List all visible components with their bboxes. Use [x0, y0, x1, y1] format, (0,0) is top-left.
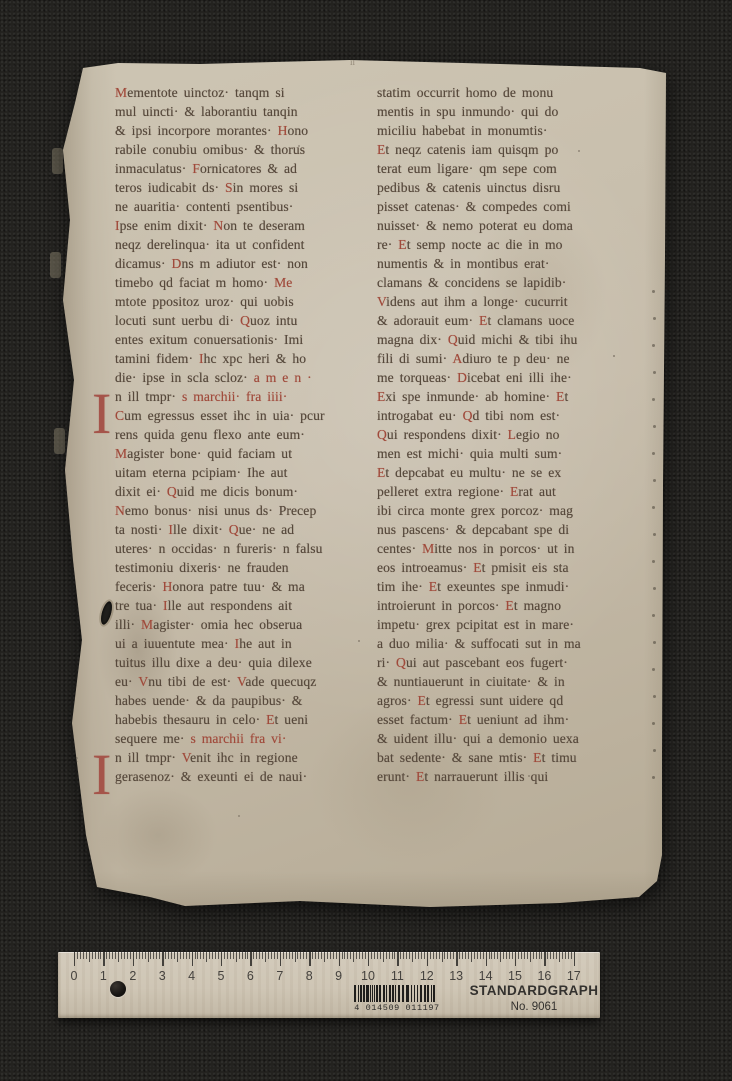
body-text: feceris·	[115, 579, 162, 594]
ruler-tick	[412, 952, 413, 962]
body-text: idens aut ihm a longe· cucurrit	[386, 294, 568, 309]
rubric-text: E	[429, 579, 437, 594]
ruler-cm-label: 14	[479, 969, 493, 983]
manuscript-line: impetu· grex pcipitat est in mare·	[377, 615, 653, 634]
body-text: hc xpc heri & ho	[204, 351, 307, 366]
ruler-tick	[406, 952, 407, 959]
pricking-hole	[652, 398, 655, 401]
rubric-text: M	[422, 541, 434, 556]
body-text: xi spe inmunde· ab homine·	[385, 389, 556, 404]
ruler-cm-label: 1	[100, 969, 107, 983]
body-text: habebis thesauru in celo·	[115, 712, 266, 727]
manuscript-line: pisset catenas· & compedes comi	[377, 197, 653, 216]
ruler-tick	[121, 952, 122, 959]
pricking-hole	[653, 695, 656, 698]
barcode-bar	[398, 985, 400, 1002]
rubric-text: E	[505, 598, 513, 613]
body-text: pedibus & catenis uinctus disru	[377, 180, 560, 195]
rubric-text: V	[182, 750, 190, 765]
ruler-cm-label: 12	[420, 969, 434, 983]
ruler-tick	[474, 952, 475, 959]
manuscript-line: Magister bone· quid faciam ut	[115, 444, 377, 463]
body-text: mentis in spu inmundo· qui do	[377, 104, 558, 119]
ruler-tick	[236, 952, 237, 962]
barcode-bar	[433, 985, 435, 1002]
barcode-bar	[358, 985, 359, 1002]
ruler-tick	[444, 952, 445, 959]
ruler-cm-label: 5	[218, 969, 225, 983]
body-text: men est michi· quia multi sum·	[377, 446, 562, 461]
ruler-tick	[571, 952, 572, 959]
quire-mark: ıı	[350, 57, 355, 67]
body-text: fili di sumi·	[377, 351, 452, 366]
body-text: d tibi nom est·	[473, 408, 561, 423]
barcode-bar	[366, 985, 369, 1002]
ruler-tick	[353, 952, 354, 962]
manuscript-line: & ipsi incorpore morantes· Hono	[115, 121, 377, 140]
manuscript-line: habes uende· & da paupibus· &	[115, 691, 377, 710]
manuscript-line: dixit ei· Quid me dicis bonum·	[115, 482, 377, 501]
ruler-tick	[415, 952, 416, 959]
ruler-tick	[103, 952, 104, 966]
body-text: miciliu habebat in monumtis·	[377, 123, 547, 138]
manuscript-line: tim ihe· Et exeuntes spe inmudi·	[377, 577, 653, 596]
body-text: ui aut pascebant eos fugert·	[406, 655, 568, 670]
ruler-tick	[100, 952, 101, 959]
manuscript-line: entes exitum conuersationis· Imi	[115, 330, 377, 349]
ruler-tick	[156, 952, 157, 959]
ruler-tick	[465, 952, 466, 959]
barcode-digits: 4 014509 011197	[350, 1003, 444, 1013]
ruler-cm-label: 13	[449, 969, 463, 983]
manuscript-line: Cum egressus esset ihc in uia· pcur	[115, 406, 377, 425]
pricking-hole	[652, 614, 655, 617]
ruler-tick	[318, 952, 319, 959]
rubric-text: Q	[463, 408, 473, 423]
barcode-bar	[414, 985, 415, 1002]
manuscript-line: centes· Mitte nos in porcos· ut in	[377, 539, 653, 558]
body-text: ui a iuuentute mea·	[115, 636, 235, 651]
body-text: numentis & in montibus erat·	[377, 256, 550, 271]
pricking-hole	[652, 668, 655, 671]
body-text: tamini fidem·	[115, 351, 199, 366]
ruler-tick	[295, 952, 296, 962]
manuscript-line: fili di sumi· Adiuro te p deu· ne	[377, 349, 653, 368]
ruler-tick	[200, 952, 201, 959]
ruler-tick	[112, 952, 113, 959]
ruler-tick	[215, 952, 216, 959]
body-text: uoz intu	[250, 313, 297, 328]
rubric-text: S	[225, 180, 233, 195]
ruler-tick	[359, 952, 360, 959]
rubric-text: M	[115, 446, 127, 461]
ruler-tick	[339, 952, 340, 966]
ruler-tick	[374, 952, 375, 959]
ruler-tick	[177, 952, 178, 962]
ruler-tick	[153, 952, 154, 959]
manuscript-line: nus pascens· & depcabant spe di	[377, 520, 653, 539]
ruler-tick	[500, 952, 501, 962]
ruler-tick	[524, 952, 525, 959]
manuscript-page: ıı Mementote uinctoz· tanqm simul uincti…	[58, 55, 670, 911]
rubric-text: N	[213, 218, 223, 233]
ruler-tick	[203, 952, 204, 959]
body-text: & ipsi incorpore morantes·	[115, 123, 278, 138]
ruler-tick	[556, 952, 557, 959]
body-text: statim occurrit homo de monu	[377, 85, 553, 100]
ruler-tick	[268, 952, 269, 959]
ruler-tick	[253, 952, 254, 959]
ruler-tick	[221, 952, 222, 966]
rubric-text: a m e n ·	[254, 370, 312, 385]
ruler-tick	[350, 952, 351, 959]
manuscript-line: inmaculatus· Fornicatores & ad	[115, 159, 377, 178]
manuscript-line: & adorauit eum· Et clamans uoce	[377, 311, 653, 330]
ruler-tick	[256, 952, 257, 959]
ruler-cm-label: 10	[361, 969, 375, 983]
ruler-tick	[568, 952, 569, 959]
barcode-bar	[420, 985, 422, 1002]
ruler-tick	[292, 952, 293, 959]
ruler-tick	[362, 952, 363, 959]
body-text: ibi circa monte grex porcoz· mag	[377, 503, 573, 518]
ruler-tick	[148, 952, 149, 962]
ruler-cm-label: 2	[129, 969, 136, 983]
manuscript-line: & nuntiauerunt in ciuitate· & in	[377, 672, 653, 691]
body-text: ono	[287, 123, 308, 138]
ruler-tick	[356, 952, 357, 959]
parchment-hole	[99, 600, 114, 626]
ruler-tick	[394, 952, 395, 959]
rubric-text: E	[398, 237, 406, 252]
ruler-tick	[430, 952, 431, 959]
ruler-tick	[227, 952, 228, 959]
body-text: rabile conubiu omibus· & thorus	[115, 142, 305, 157]
body-text: agros·	[377, 693, 417, 708]
manuscript-line: eu· Vnu tibi de est· Vade quecuqz	[115, 672, 377, 691]
manuscript-line: uteres· n occidas· n fureris· n falsu	[115, 539, 377, 558]
ruler-tick	[386, 952, 387, 959]
ruler-tick	[274, 952, 275, 959]
ruler-tick	[115, 952, 116, 959]
body-text: uid me dicis bonum·	[177, 484, 298, 499]
manuscript-line: n ill tmpr· Venit ihc in regione	[115, 748, 377, 767]
body-text: nus pascens· & depcabant spe di	[377, 522, 569, 537]
ruler-tick	[133, 952, 134, 966]
body-text: ornicatores & ad	[200, 161, 297, 176]
barcode-bar	[427, 985, 429, 1002]
manuscript-line: pelleret extra regione· Erat aut	[377, 482, 653, 501]
ruler-tick	[471, 952, 472, 962]
drop-cap-initial: I	[92, 748, 110, 801]
ruler-tick	[409, 952, 410, 959]
ruler-cm-label: 11	[391, 969, 404, 983]
body-text: locuti sunt uerbu di·	[115, 313, 240, 328]
ruler-tick	[368, 952, 369, 966]
body-text: & adorauit eum·	[377, 313, 479, 328]
ruler-cm-label: 17	[567, 969, 581, 983]
body-text: itte nos in porcos· ut in	[434, 541, 574, 556]
manuscript-line: Et depcabat eu multu· ne se ex	[377, 463, 653, 482]
body-text: nu tibi de est·	[148, 674, 237, 689]
marginal-gloss: myrc	[58, 754, 79, 764]
manuscript-line: numentis & in montibus erat·	[377, 254, 653, 273]
pricking-hole	[653, 425, 656, 428]
ruler-tick	[289, 952, 290, 959]
body-text: lle dixit·	[173, 522, 229, 537]
body-text: die· ipse in scla scloz·	[115, 370, 254, 385]
ruler-tick	[312, 952, 313, 959]
rubric-text: E	[266, 712, 274, 727]
rubric-text: E	[473, 560, 481, 575]
ruler-tick	[106, 952, 107, 959]
body-text: ta nosti·	[115, 522, 168, 537]
body-text: t timu	[542, 750, 577, 765]
body-text: timebo qd faciat m homo·	[115, 275, 274, 290]
ruler-tick	[306, 952, 307, 959]
body-text: pisset catenas· & compedes comi	[377, 199, 571, 214]
ruler-brand-label: STANDARDGRAPH	[450, 983, 618, 998]
body-text: ade quecuqz	[245, 674, 316, 689]
body-text: agister· omia hec obserua	[153, 617, 302, 632]
body-text: clamans & concidens se lapidib·	[377, 275, 566, 290]
body-text: t depcabat eu multu· ne se ex	[385, 465, 561, 480]
ruler-tick	[192, 952, 193, 966]
manuscript-line: miciliu habebat in monumtis·	[377, 121, 653, 140]
body-text: tre tua·	[115, 598, 163, 613]
body-text: esset factum·	[377, 712, 459, 727]
ruler-tick	[421, 952, 422, 959]
barcode-bar	[406, 985, 409, 1002]
body-text: inmaculatus·	[115, 161, 192, 176]
body-text: rens quida genu flexo ante eum·	[115, 427, 305, 442]
ruler-tick	[380, 952, 381, 959]
ruler-tick	[330, 952, 331, 959]
barcode-bar	[383, 985, 385, 1002]
body-text: mul uincti· & laborantiu tanqin	[115, 104, 298, 119]
body-text: t clamans uoce	[487, 313, 574, 328]
barcode-bar	[374, 985, 375, 1002]
ruler-tick	[262, 952, 263, 959]
ruler-tick	[189, 952, 190, 959]
barcode-bar	[354, 985, 356, 1002]
rubric-text: M	[115, 85, 127, 100]
ruler-tick	[174, 952, 175, 959]
ruler-tick	[462, 952, 463, 959]
rubric-text: D	[172, 256, 182, 271]
ruler-hole	[110, 981, 126, 997]
manuscript-line: timebo qd faciat m homo· Me	[115, 273, 377, 292]
ruler-tick	[230, 952, 231, 959]
ruler-tick	[544, 952, 545, 966]
body-text: bat sedente· & sane mtis·	[377, 750, 533, 765]
ruler-tick	[403, 952, 404, 959]
rubric-text: H	[162, 579, 172, 594]
rubric-text: E	[417, 693, 425, 708]
ruler-tick	[521, 952, 522, 959]
ruler-tick	[459, 952, 460, 959]
body-text: nuisset· & nemo poterat eu doma	[377, 218, 573, 233]
body-text: pse enim dixit·	[120, 218, 214, 233]
rubric-text: Q	[448, 332, 458, 347]
ruler-tick	[433, 952, 434, 959]
barcode-bar	[411, 985, 412, 1002]
ruler-tick	[271, 952, 272, 959]
body-text: enit ihc in regione	[190, 750, 298, 765]
ruler-tick	[150, 952, 151, 959]
ruler-tick	[145, 952, 146, 959]
ruler-tick	[95, 952, 96, 959]
rubric-text: C	[115, 408, 124, 423]
ruler-tick	[486, 952, 487, 966]
text-column-right: statim occurrit homo de monumentis in sp…	[377, 83, 653, 786]
manuscript-line: Exi spe inmunde· ab homine· Et	[377, 387, 653, 406]
ruler-tick	[92, 952, 93, 959]
ruler-tick	[280, 952, 281, 966]
body-text: gerasenoz· & exeunti ei de naui·	[115, 769, 307, 784]
manuscript-line: introierunt in porcos· Et magno	[377, 596, 653, 615]
body-text: n ill tmpr·	[115, 750, 182, 765]
manuscript-line: Mementote uinctoz· tanqm si	[115, 83, 377, 102]
ruler-tick	[250, 952, 251, 966]
manuscript-line: n ill tmpr· s marchii· fra iiii·	[115, 387, 377, 406]
rubric-text: Q	[240, 313, 250, 328]
ruler-tick	[315, 952, 316, 959]
ruler-tick	[139, 952, 140, 959]
ruler-tick	[439, 952, 440, 959]
ruler-cm-label: 16	[537, 969, 551, 983]
barcode-bar	[402, 985, 404, 1002]
manuscript-line: tre tua· Ille aut respondens ait	[115, 596, 377, 615]
rubric-text: V	[138, 674, 148, 689]
ruler-tick	[533, 952, 534, 959]
ruler-tick	[347, 952, 348, 959]
ruler-cm-label: 9	[335, 969, 342, 983]
barcode-bar	[424, 985, 426, 1002]
body-text: pelleret extra regione·	[377, 484, 510, 499]
barcode-bar	[417, 985, 418, 1002]
ruler-tick	[442, 952, 443, 962]
rubric-text: Q	[229, 522, 239, 537]
barcode-bar	[395, 985, 396, 1002]
ruler-tick	[124, 952, 125, 959]
body-text: habes uende· & da paupibus· &	[115, 693, 302, 708]
ruler-tick	[233, 952, 234, 959]
body-text: t magno	[514, 598, 561, 613]
pricking-hole	[652, 344, 655, 347]
ruler-tick	[371, 952, 372, 959]
ruler-tick	[468, 952, 469, 959]
ruler-cm-label: 7	[276, 969, 283, 983]
manuscript-line: tamini fidem· Ihc xpc heri & ho	[115, 349, 377, 368]
ruler-cm-label: 4	[188, 969, 195, 983]
pricking-hole	[653, 641, 656, 644]
ruler-tick	[183, 952, 184, 959]
ruler-tick	[277, 952, 278, 959]
body-text: neqz derelinqua· ita ut confident	[115, 237, 305, 252]
manuscript-line: a duo milia· & suffocati sut in ma	[377, 634, 653, 653]
manuscript-line: bat sedente· & sane mtis· Et timu	[377, 748, 653, 767]
body-text: introierunt in porcos·	[377, 598, 505, 613]
rubric-text: Q	[396, 655, 406, 670]
ruler-tick	[218, 952, 219, 959]
ruler-tick	[489, 952, 490, 959]
body-text: rat aut	[518, 484, 555, 499]
ruler-tick	[574, 952, 575, 966]
rubric-text: E	[533, 750, 541, 765]
rubric-text: Me	[274, 275, 292, 290]
photo-stage: ıı Mementote uinctoz· tanqm simul uincti…	[0, 0, 732, 1081]
manuscript-line: neqz derelinqua· ita ut confident	[115, 235, 377, 254]
body-text: me torqueas·	[377, 370, 457, 385]
body-text: dixit ei·	[115, 484, 167, 499]
body-text: agister bone· quid faciam ut	[127, 446, 292, 461]
rubric-text: Q	[167, 484, 177, 499]
body-text: eos introeamus·	[377, 560, 473, 575]
ink-specks	[58, 55, 60, 57]
ruler-tick	[86, 952, 87, 959]
body-text: entes exitum conuersationis· Imi	[115, 332, 303, 347]
body-text: terat eum ligare· qm sepe com	[377, 161, 557, 176]
body-text: centes·	[377, 541, 422, 556]
manuscript-line: ne auaritia· contenti psentibus·	[115, 197, 377, 216]
ruler-tick	[297, 952, 298, 959]
manuscript-line: habebis thesauru in celo· Et ueni	[115, 710, 377, 729]
ruler-tick	[89, 952, 90, 962]
ruler-tick	[547, 952, 548, 959]
ruler-tick	[456, 952, 457, 966]
ruler-tick	[344, 952, 345, 959]
ruler-tick	[559, 952, 560, 962]
body-text: tuitus illu dixe a deu· quia dilexe	[115, 655, 312, 670]
ruler-tick	[494, 952, 495, 959]
ruler-tick	[389, 952, 390, 959]
ruler-tick	[527, 952, 528, 959]
ruler-tick	[245, 952, 246, 959]
manuscript-line: pedibus & catenis uinctus disru	[377, 178, 653, 197]
body-text: t pmisit eis sta	[482, 560, 569, 575]
body-text: ri·	[377, 655, 396, 670]
manuscript-line: men est michi· quia multi sum·	[377, 444, 653, 463]
ruler-tick	[186, 952, 187, 959]
body-text: t egressi sunt uidere qd	[426, 693, 563, 708]
body-text: erunt·	[377, 769, 416, 784]
manuscript-line: die· ipse in scla scloz· a m e n ·	[115, 368, 377, 387]
rubric-text: D	[457, 370, 467, 385]
rubric-text: V	[377, 294, 386, 309]
barcode-bar	[376, 985, 378, 1002]
manuscript-line: rens quida genu flexo ante eum·	[115, 425, 377, 444]
barcode-bar	[392, 985, 394, 1002]
body-text: t	[564, 389, 568, 404]
ruler-tick	[265, 952, 266, 962]
body-text: onora patre tuu· & ma	[172, 579, 305, 594]
ruler-tick	[562, 952, 563, 959]
body-text: t narrauerunt illis qui	[424, 769, 548, 784]
ruler: 01234567891011121314151617 4 014509 0111…	[58, 952, 600, 1018]
ruler-tick	[195, 952, 196, 959]
ruler-cm-label: 3	[159, 969, 166, 983]
ruler-tick	[180, 952, 181, 959]
ruler-tick	[300, 952, 301, 959]
barcode-bar	[386, 985, 387, 1002]
rubric-text: Q	[377, 427, 387, 442]
manuscript-line: Qui respondens dixit· Legio no	[377, 425, 653, 444]
ruler-tick	[206, 952, 207, 962]
body-text: t ueni	[275, 712, 309, 727]
manuscript-line: testimoniu dixeris· ne frauden	[115, 558, 377, 577]
body-text: on te deseram	[223, 218, 305, 233]
